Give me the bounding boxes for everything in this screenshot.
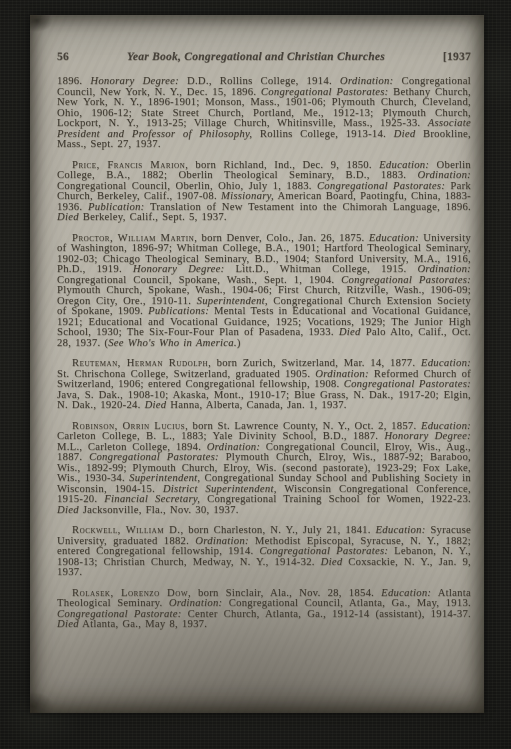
entry-italic-label: Honorary Degree:	[90, 76, 179, 87]
entry-italic-label: Died	[394, 129, 416, 140]
entry-italic-label: Financial Secretary,	[104, 494, 200, 505]
entry-italic-label: Died	[57, 212, 79, 223]
entry-surname: Rockwell, William D.	[72, 525, 181, 536]
entry-italic-label: Missionary,	[221, 191, 274, 202]
entry-text: Translation of New Testament into the Ch…	[145, 202, 471, 213]
entry-italic-label: Died	[145, 400, 167, 411]
entry-italic-label: Education:	[421, 421, 471, 432]
entry-text: Congregational Council, Atlanta, Ga., Ma…	[222, 598, 471, 609]
entry-italic-label: Education:	[369, 233, 419, 244]
entry-italic-label: Congregational Pastorates:	[317, 181, 445, 192]
entry-italic-label: Honorary Degree:	[133, 264, 225, 275]
entry-italic-label: Education:	[376, 525, 426, 536]
necrology-entry: Rockwell, William D., born Charleston, N…	[57, 526, 471, 579]
entry-italic-label: Died	[339, 327, 361, 338]
entry-italic-label: Congregational Pastorates:	[259, 546, 388, 557]
entry-text: Jacksonville, Fla., Nov. 30, 1937.	[79, 505, 239, 516]
running-header: 56 Year Book, Congregational and Christi…	[57, 51, 471, 63]
entry-italic-label: Honorary Degree:	[384, 431, 471, 442]
page-content: 56 Year Book, Congregational and Christi…	[57, 51, 471, 707]
page-number: 56	[57, 51, 69, 63]
scan-background: 56 Year Book, Congregational and Christi…	[0, 0, 511, 749]
entry-italic-label: Congregational Pastorates:	[344, 379, 471, 390]
entry-italic-label: Died	[57, 619, 79, 630]
entries-container: 1896. Honorary Degree: D.D., Rollins Col…	[57, 77, 471, 631]
entry-italic-label: Ordination:	[417, 170, 471, 181]
entry-surname: Rolasek, Lorenzo Dow	[72, 588, 188, 599]
entry-text: D.D., Rollins College, 1914.	[179, 76, 340, 87]
book-page: 56 Year Book, Congregational and Christi…	[30, 15, 484, 713]
entry-italic-label: Ordination:	[315, 369, 369, 380]
entry-text: , born Charleston, N. Y., July 21, 1841.	[181, 525, 376, 536]
necrology-entry: Reuteman, Herman Rudolph, born Zurich, S…	[57, 359, 471, 412]
entry-italic-label: Died	[321, 557, 343, 568]
entry-italic-label: See Who's Who in America.	[108, 338, 237, 349]
necrology-entry: Proctor, William Martin, born Denver, Co…	[57, 234, 471, 350]
necrology-entry: Price, Francis Marion, born Richland, In…	[57, 161, 471, 224]
necrology-entry: 1896. Honorary Degree: D.D., Rollins Col…	[57, 77, 471, 151]
entry-text: Carleton College, B. L., 1883; Yale Divi…	[57, 431, 384, 442]
entry-text: St. Chrischona College, Switzerland, gra…	[57, 369, 315, 380]
entry-italic-label: Ordination:	[340, 76, 394, 87]
entry-italic-label: Congregational Pastorates:	[341, 275, 471, 286]
entry-text: Litt.D., Whitman College, 1915.	[225, 264, 418, 275]
page-header-year: [1937	[443, 51, 471, 63]
entry-text: Center Church, Atlanta, Ga., 1912-14 (as…	[182, 609, 471, 620]
necrology-entry: Rolasek, Lorenzo Dow, born Sinclair, Ala…	[57, 589, 471, 631]
entry-italic-label: Ordination:	[207, 442, 261, 453]
entry-italic-label: District Superintendent,	[163, 484, 277, 495]
entry-surname: Proctor, William Martin	[72, 233, 194, 244]
entry-text: , born Denver, Colo., Jan. 26, 1875.	[194, 233, 369, 244]
entry-text: )	[237, 338, 241, 349]
entry-text: Congregational Council, Oberlin, Ohio, J…	[57, 181, 317, 192]
entry-italic-label: Ordination:	[417, 264, 471, 275]
entry-italic-label: Education:	[381, 588, 431, 599]
entry-italic-label: Congregational Pastorates:	[261, 87, 389, 98]
entry-italic-label: Publication:	[88, 202, 145, 213]
entry-italic-label: Superintendent,	[197, 296, 268, 307]
entry-text: Hanna, Alberta, Canada, Jan. 1, 1937.	[166, 400, 346, 411]
entry-italic-label: Died	[57, 505, 79, 516]
entry-italic-label: Superintendent,	[129, 473, 200, 484]
entry-italic-label: Education:	[379, 160, 429, 171]
entry-text: M.L., Carleton College, 1894.	[57, 442, 207, 453]
entry-text: Congregational Council, Spokane, Wash., …	[57, 275, 341, 286]
entry-surname: Price, Francis Marion	[72, 160, 185, 171]
entry-italic-label: Congregational Pastorates:	[89, 452, 219, 463]
entry-text: , born Richland, Ind., Dec. 9, 1850.	[185, 160, 379, 171]
entry-text: , born St. Lawrence County, N. Y., Oct. …	[185, 421, 421, 432]
entry-italic-label: Education:	[421, 358, 471, 369]
page-header-title: Year Book, Congregational and Christian …	[69, 51, 443, 63]
entry-italic-label: Congregational Pastorate:	[57, 609, 182, 620]
entry-text: Berkeley, Calif., Sept. 5, 1937.	[79, 212, 227, 223]
entry-text: , born Sinclair, Ala., Nov. 28, 1854.	[188, 588, 381, 599]
entry-surname: Robinson, Orrin Lucius	[72, 421, 185, 432]
necrology-entry: Robinson, Orrin Lucius, born St. Lawrenc…	[57, 422, 471, 517]
entry-text: Congregational Training School for Women…	[200, 494, 471, 505]
entry-text: , born Zurich, Switzerland, Mar. 14, 187…	[208, 358, 421, 369]
entry-italic-label: Publications:	[148, 306, 209, 317]
entry-italic-label: Ordination:	[195, 536, 249, 547]
entry-surname: Reuteman, Herman Rudolph	[72, 358, 208, 369]
entry-text: 1896.	[57, 76, 90, 87]
entry-text: Rollins College, 1913-14.	[252, 129, 393, 140]
entry-italic-label: Ordination:	[169, 598, 223, 609]
entry-text: Atlanta, Ga., May 8, 1937.	[79, 619, 207, 630]
